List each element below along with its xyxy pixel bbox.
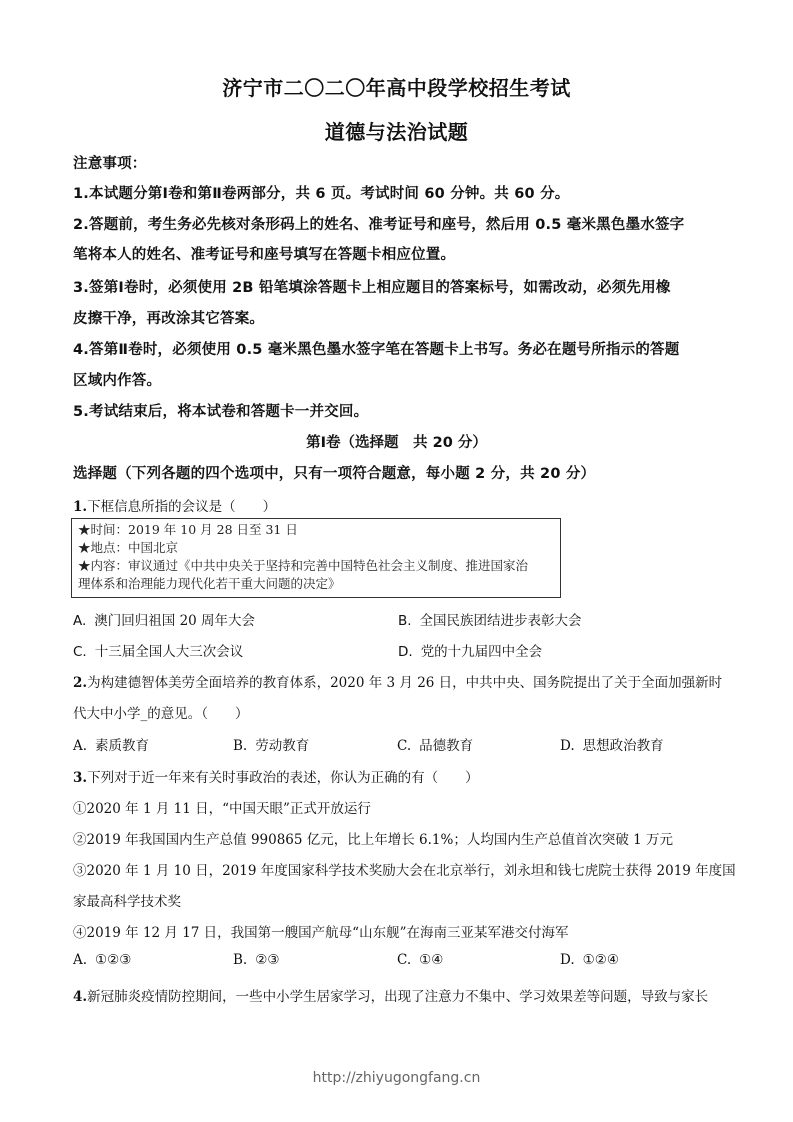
question-1-option-d[interactable]: D.党的十九届四中全会 bbox=[398, 640, 542, 660]
question-2-option-c[interactable]: C.品德教育 bbox=[397, 734, 473, 754]
question-number: 3. bbox=[73, 770, 87, 786]
question-3-statement-3: ③2020 年 1 月 10 日，2019 年度国家科学技术奖励大会在北京举行，… bbox=[73, 859, 736, 879]
question-number: 2. bbox=[73, 675, 87, 691]
question-1-stem: 1.下框信息所指的会议是（ ） bbox=[73, 495, 276, 515]
question-4-stem: 4.新冠肺炎疫情防控期间，一些中小学生居家学习，出现了注意力不集中、学习效果差等… bbox=[73, 985, 708, 1005]
notice-line-3: 3.签第Ⅰ卷时，必须使用 2B 铅笔填涂答题卡上相应题目的答案标号，如需改动，必… bbox=[73, 276, 671, 297]
notice-line-5: 5.考试结束后，将本试卷和答题卡一并交回。 bbox=[73, 400, 368, 421]
question-2-stem-cont: 代大中小学_的意见。（ ） bbox=[73, 702, 249, 722]
question-3-option-c[interactable]: C.①④ bbox=[397, 952, 443, 968]
exam-subject-title: 道德与法治试题 bbox=[0, 116, 793, 145]
question-2-option-d[interactable]: D.思想政治教育 bbox=[560, 734, 664, 754]
notice-line-2: 2.答题前，考生务必先核对条形码上的姓名、准考证号和座号，然后用 0.5 毫米黑… bbox=[73, 213, 684, 234]
question-text: 下列对于近一年来有关时事政治的表述，你认为正确的有（ ） bbox=[87, 770, 479, 786]
info-box-content: ★内容：审议通过《中共中央关于坚持和完善中国特色社会主义制度、推进国家治 bbox=[78, 557, 554, 575]
question-3-option-d[interactable]: D.①②④ bbox=[560, 952, 619, 968]
notice-line-3-cont: 皮擦干净，再改涂其它答案。 bbox=[73, 307, 264, 328]
notice-line-4-cont: 区域内作答。 bbox=[73, 369, 161, 390]
question-1-option-a[interactable]: A.澳门回归祖国 20 周年大会 bbox=[73, 609, 255, 629]
question-3-statement-3-cont: 家最高科学技术奖 bbox=[73, 890, 181, 910]
notice-heading: 注意事项： bbox=[73, 152, 147, 173]
question-3-option-a[interactable]: A.①②③ bbox=[73, 952, 131, 968]
question-number: 4. bbox=[73, 989, 87, 1005]
question-2-option-b[interactable]: B.劳动教育 bbox=[233, 734, 309, 754]
question-2-stem: 2.为构建德智体美劳全面培养的教育体系，2020 年 3 月 26 日，中共中央… bbox=[73, 671, 722, 691]
notice-line-4: 4.答第Ⅱ卷时，必须使用 0.5 毫米黑色墨水签字笔在答题卡上书写。务必在题号所… bbox=[73, 338, 679, 359]
question-3-stem: 3.下列对于近一年来有关时事政治的表述，你认为正确的有（ ） bbox=[73, 766, 479, 786]
exam-page: 济宁市二〇二〇年高中段学校招生考试 道德与法治试题 注意事项： 1.本试题分第Ⅰ… bbox=[0, 0, 793, 1122]
notice-line-2-cont: 笔将本人的姓名、准考证号和座号填写在答题卡相应位置。 bbox=[73, 243, 455, 264]
question-1-option-b[interactable]: B.全国民族团结进步表彰大会 bbox=[398, 609, 582, 629]
section-title: 第Ⅰ卷（选择题 共 20 分） bbox=[0, 431, 793, 452]
question-1-option-c[interactable]: C.十三届全国人大三次会议 bbox=[73, 640, 243, 660]
info-box-place: ★地点：中国北京 bbox=[78, 539, 554, 557]
question-text: 为构建德智体美劳全面培养的教育体系，2020 年 3 月 26 日，中共中央、国… bbox=[87, 675, 722, 691]
exam-title: 济宁市二〇二〇年高中段学校招生考试 bbox=[0, 72, 793, 101]
question-number: 1. bbox=[73, 499, 87, 515]
info-box-content-cont: 理体系和治理能力现代化若干重大问题的决定》 bbox=[78, 575, 554, 593]
question-text: 下框信息所指的会议是（ ） bbox=[87, 499, 276, 515]
notice-line-1: 1.本试题分第Ⅰ卷和第Ⅱ卷两部分，共 6 页。考试时间 60 分钟。共 60 分… bbox=[73, 182, 569, 203]
question-3-statement-1: ①2020 年 1 月 11 日，“中国天眼”正式开放运行 bbox=[73, 797, 371, 817]
question-2-option-a[interactable]: A.素质教育 bbox=[73, 734, 149, 754]
question-text: 新冠肺炎疫情防控期间，一些中小学生居家学习，出现了注意力不集中、学习效果差等问题… bbox=[87, 989, 708, 1005]
footer-url[interactable]: http://zhiyugongfang.cn bbox=[0, 1070, 793, 1086]
section-instruction: 选择题（下列各题的四个选项中，只有一项符合题意，每小题 2 分，共 20 分） bbox=[73, 462, 595, 483]
question-3-statement-2: ②2019 年我国国内生产总值 990865 亿元，比上年增长 6.1%；人均国… bbox=[73, 828, 673, 848]
info-box-time: ★时间：2019 年 10 月 28 日至 31 日 bbox=[78, 521, 554, 539]
question-3-option-b[interactable]: B.②③ bbox=[233, 952, 279, 968]
question-1-info-box: ★时间：2019 年 10 月 28 日至 31 日 ★地点：中国北京 ★内容：… bbox=[71, 518, 561, 598]
question-3-statement-4: ④2019 年 12 月 17 日，我国第一艘国产航母“山东舰”在海南三亚某军港… bbox=[73, 921, 568, 941]
